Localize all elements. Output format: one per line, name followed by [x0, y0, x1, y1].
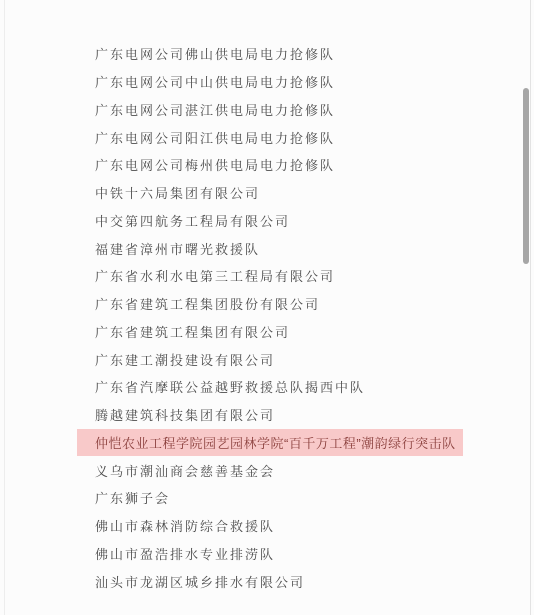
- list-item: 广东省建筑工程集团有限公司: [95, 318, 463, 346]
- list-item-label: 腾越建筑科技集团有限公司: [95, 401, 275, 429]
- list-item: 腾越建筑科技集团有限公司: [95, 401, 463, 429]
- page-right-border: [530, 0, 531, 615]
- list-item: 汕头市龙湖区城乡排水有限公司: [95, 567, 463, 595]
- list-item: 佛山市盈浩排水专业排涝队: [95, 540, 463, 568]
- list-item-label: 广东狮子会: [95, 484, 170, 512]
- list-item-label: 广东电网公司湛江供电局电力抢修队: [95, 96, 335, 124]
- list-item: 佛山市森林消防综合救援队: [95, 512, 463, 540]
- list-item-label: 中交第四航务工程局有限公司: [95, 207, 290, 235]
- list-item-label: 广东省建筑工程集团有限公司: [95, 318, 290, 346]
- list-item-highlighted: 仲恺农业工程学院园艺园林学院“百千万工程”潮韵绿行突击队: [95, 429, 463, 457]
- list-item: 福建省漳州市曙光救援队: [95, 234, 463, 262]
- list-item: 广东省水利水电第三工程局有限公司: [95, 262, 463, 290]
- list-item: 广东省汽摩联公益越野救援总队揭西中队: [95, 373, 463, 401]
- list-item: 广东省建筑工程集团股份有限公司: [95, 290, 463, 318]
- list-item-label: 汕头市龙湖区城乡排水有限公司: [95, 567, 305, 595]
- list-item: 义乌市潮汕商会慈善基金会: [95, 456, 463, 484]
- list-item-label: 广东电网公司阳江供电局电力抢修队: [95, 123, 335, 151]
- list-item: 中交第四航务工程局有限公司: [95, 207, 463, 235]
- list-item-label: 仲恺农业工程学院园艺园林学院“百千万工程”潮韵绿行突击队: [77, 429, 463, 456]
- list-item: 广东狮子会: [95, 484, 463, 512]
- list-item: 广东电网公司阳江供电局电力抢修队: [95, 123, 463, 151]
- list-item-label: 义乌市潮汕商会慈善基金会: [95, 456, 275, 484]
- page-left-border: [4, 0, 5, 615]
- list-item-label: 广东省水利水电第三工程局有限公司: [95, 262, 335, 290]
- list-item: 广东电网公司中山供电局电力抢修队: [95, 68, 463, 96]
- list-item-label: 广东省汽摩联公益越野救援总队揭西中队: [95, 373, 365, 401]
- list-item-label: 福建省漳州市曙光救援队: [95, 234, 260, 262]
- list-item: 广东建工潮投建设有限公司: [95, 345, 463, 373]
- list-item-label: 佛山市盈浩排水专业排涝队: [95, 540, 275, 568]
- list-item-label: 佛山市森林消防综合救援队: [95, 512, 275, 540]
- list-item: 广东电网公司湛江供电局电力抢修队: [95, 96, 463, 124]
- list-item: 广东电网公司梅州供电局电力抢修队: [95, 151, 463, 179]
- list-item-label: 广东建工潮投建设有限公司: [95, 345, 275, 373]
- list-item-label: 广东省建筑工程集团股份有限公司: [95, 290, 320, 318]
- scrollbar-thumb[interactable]: [523, 88, 529, 264]
- organization-list: 广东电网公司佛山供电局电力抢修队广东电网公司中山供电局电力抢修队广东电网公司湛江…: [95, 40, 463, 595]
- list-item-label: 广东电网公司佛山供电局电力抢修队: [95, 40, 335, 68]
- list-item: 广东电网公司佛山供电局电力抢修队: [95, 40, 463, 68]
- list-item-label: 中铁十六局集团有限公司: [95, 179, 260, 207]
- list-item-label: 广东电网公司梅州供电局电力抢修队: [95, 151, 335, 179]
- list-item: 中铁十六局集团有限公司: [95, 179, 463, 207]
- list-item-label: 广东电网公司中山供电局电力抢修队: [95, 68, 335, 96]
